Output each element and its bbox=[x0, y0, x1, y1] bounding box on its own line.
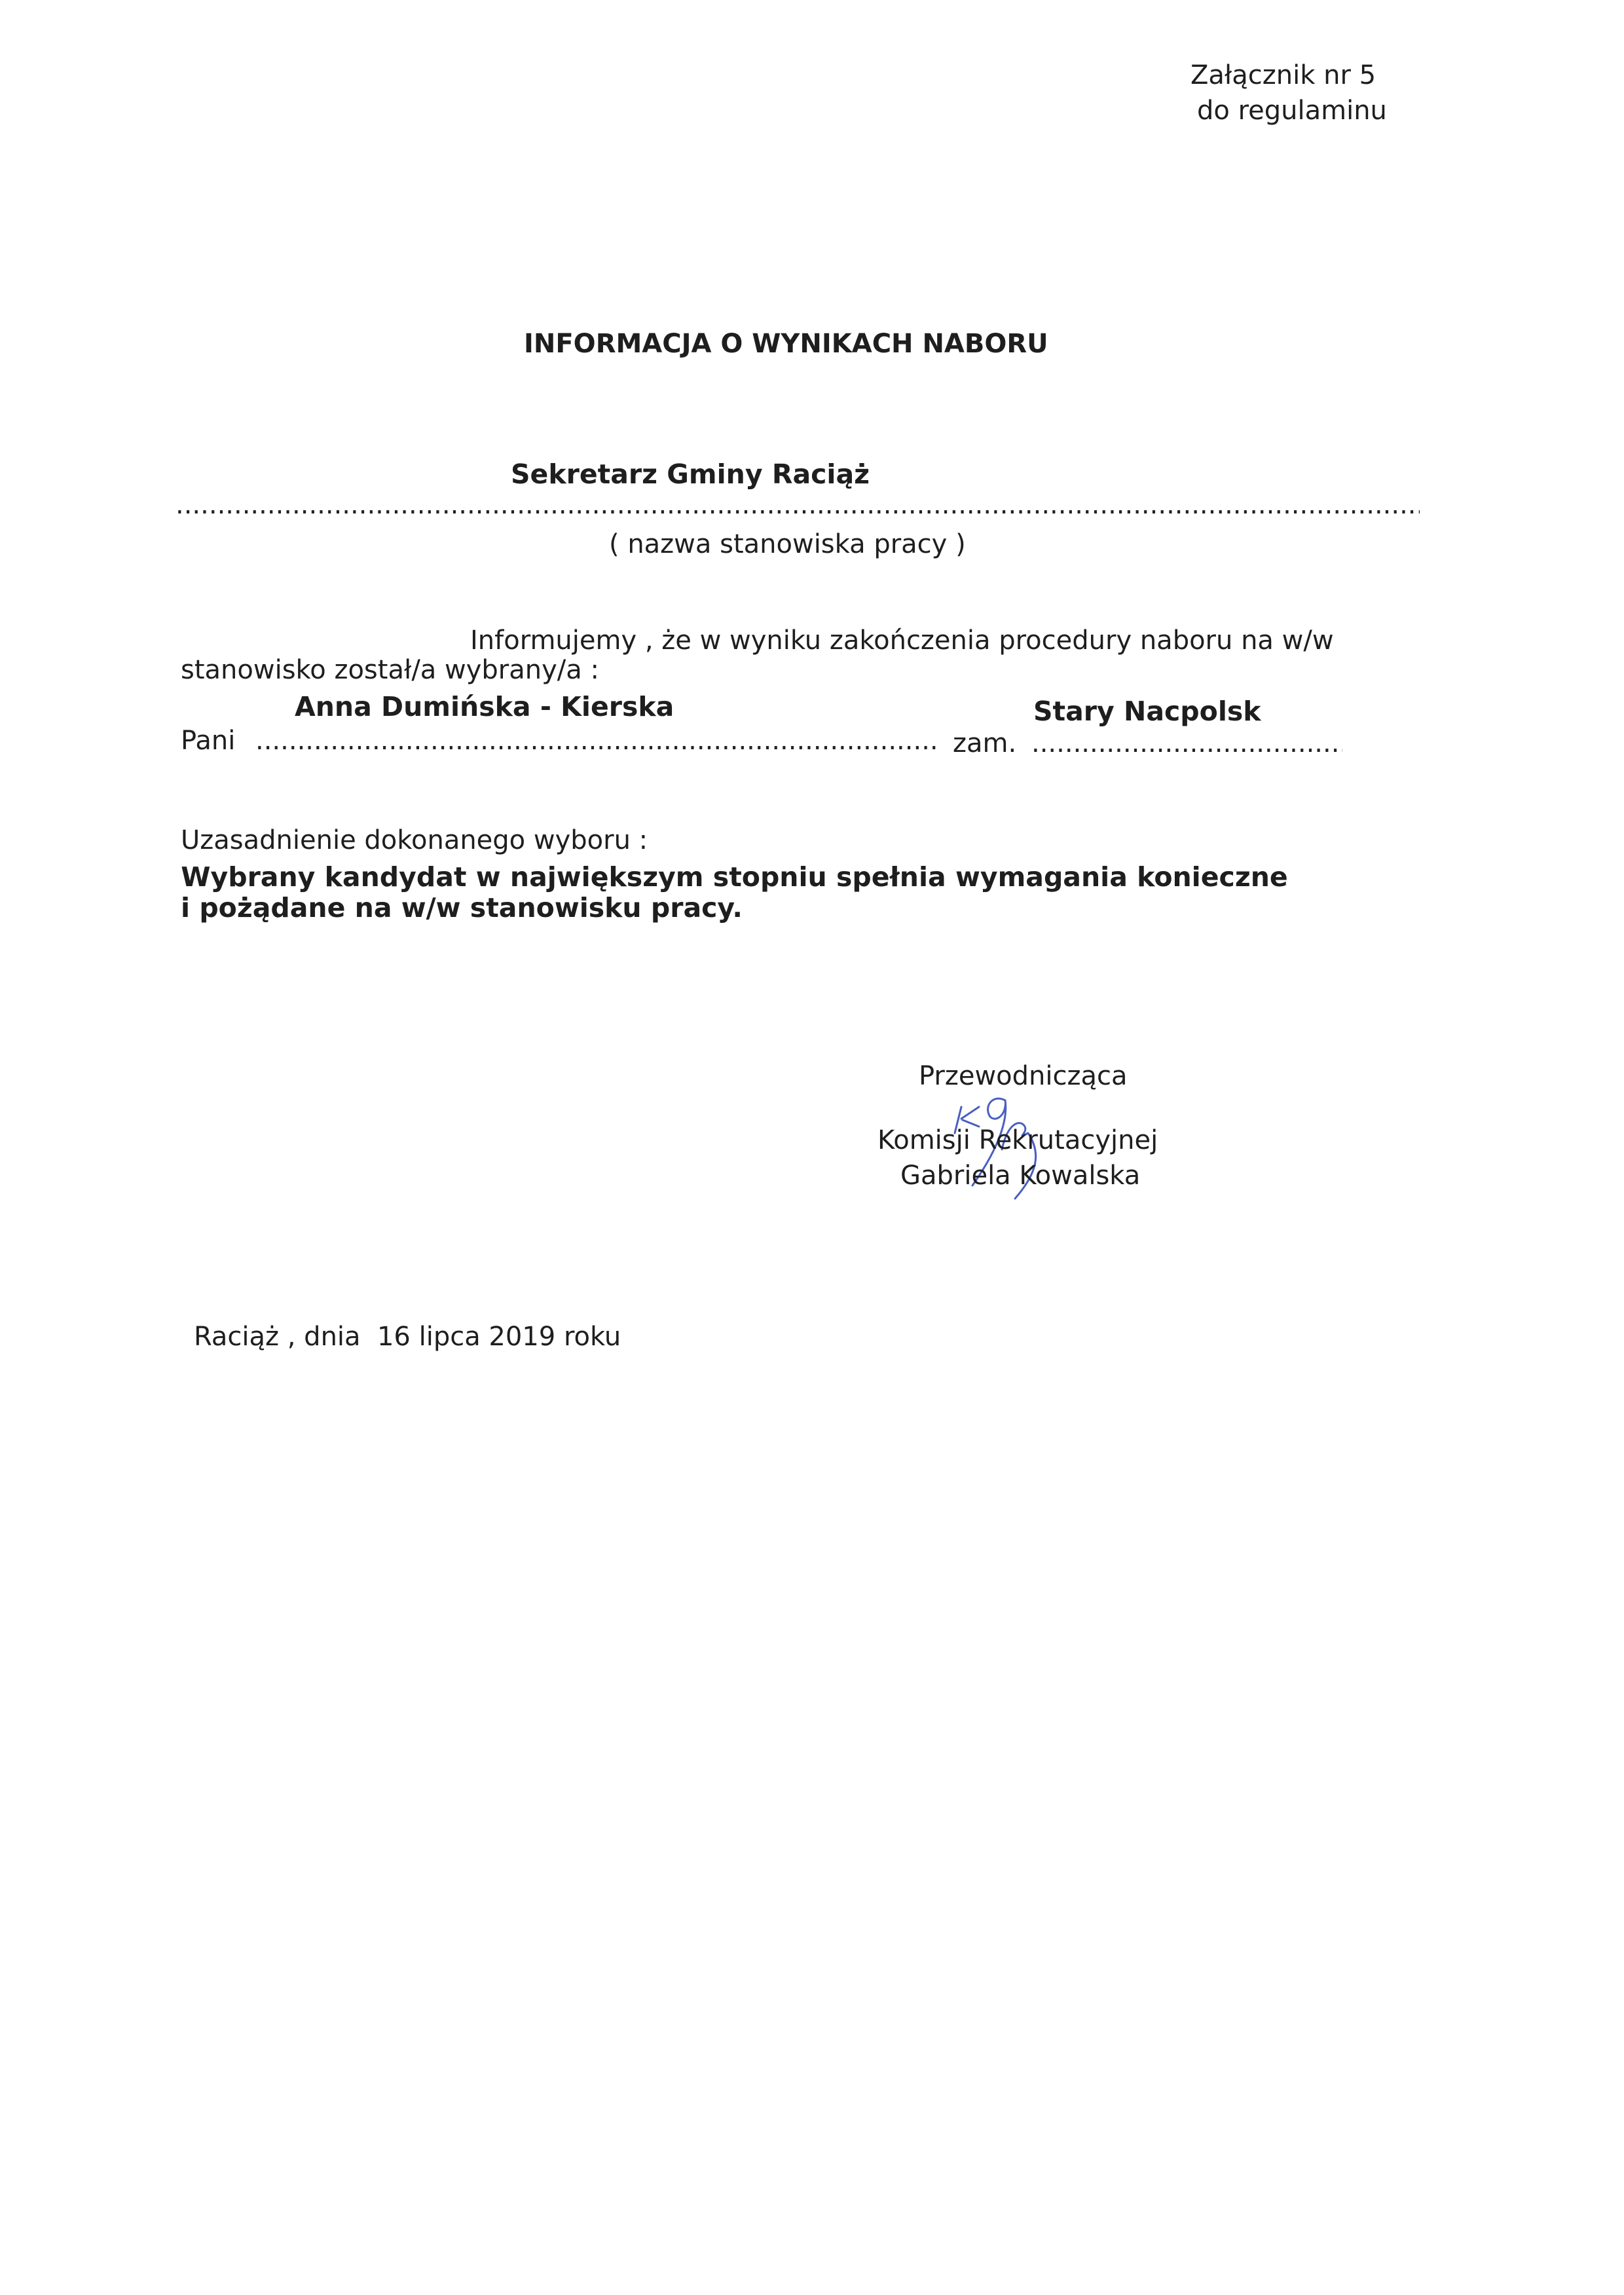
intro-line1: Informujemy , że w wyniku zakończenia pr… bbox=[470, 625, 1334, 656]
justification-label: Uzasadnienie dokonanego wyboru : bbox=[181, 825, 648, 855]
document-title: INFORMACJA O WYNIKACH NABORU bbox=[524, 329, 1048, 359]
residence-label: zam. bbox=[953, 728, 1016, 758]
position-name: Sekretarz Gminy Raciąż bbox=[511, 458, 870, 490]
position-label: ( nazwa stanowiska pracy ) bbox=[609, 529, 966, 559]
signatory-role-line2: Komisji Rekrutacyjnej bbox=[877, 1125, 1158, 1155]
attachment-note-line1: Załącznik nr 5 bbox=[1190, 60, 1376, 90]
justification-text-line2: i pożądane na w/w stanowisku pracy. bbox=[181, 892, 743, 924]
candidate-residence: Stary Nacpolsk bbox=[1033, 696, 1261, 727]
attachment-note-line2: do regulaminu bbox=[1197, 96, 1387, 126]
signatory-name: Gabriela Kowalska bbox=[900, 1161, 1140, 1191]
candidate-prefix: Pani bbox=[181, 726, 235, 756]
place-and-date: Raciąż , dnia 16 lipca 2019 roku bbox=[194, 1322, 621, 1352]
candidate-name: Anna Dumińska - Kierska bbox=[295, 691, 674, 722]
justification-text-line1: Wybrany kandydat w największym stopniu s… bbox=[172, 861, 1288, 893]
position-dotted-line: ........................................… bbox=[175, 490, 1420, 520]
intro-line2: stanowisko został/a wybrany/a : bbox=[181, 655, 599, 685]
residence-dotted-line: ........................................… bbox=[1031, 728, 1342, 758]
candidate-name-dotted-line: ........................................… bbox=[255, 726, 940, 756]
